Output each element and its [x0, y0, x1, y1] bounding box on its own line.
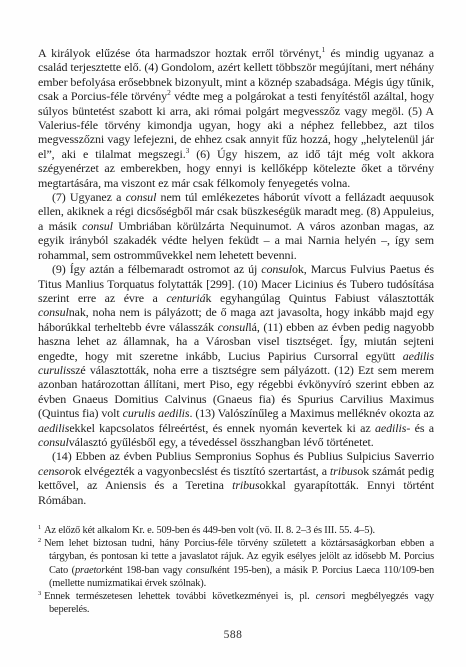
latin-term: centuriá: [166, 291, 205, 305]
text-run: ok elvégezték a vagyonbecslést és tisztí…: [69, 464, 330, 478]
footnote-marker: 2: [38, 537, 41, 544]
footnote: 1Az előző két alkalom Kr. e. 509-ben és …: [38, 524, 434, 537]
latin-term: censor: [316, 591, 343, 602]
paragraph: (7) Ugyanez a consul nem túl emlékezetes…: [38, 190, 434, 262]
footnote: 3Ennek természetesen lehettek további kö…: [38, 590, 434, 616]
footnote-text: Nem lehet biztosan tudni, hány Porcius-f…: [44, 538, 434, 589]
text-run: Ennek természetesen lehettek további köv…: [44, 591, 316, 602]
paragraph: (14) Ebben az évben Publius Sempronius S…: [38, 449, 434, 507]
latin-term: consul: [186, 565, 212, 576]
latin-term: consul: [38, 435, 69, 449]
footnote-marker: 3: [38, 590, 41, 597]
text-run: ekkel kapcsolatos félreértést, és ennek …: [69, 421, 375, 435]
text-run: (9) Így aztán a félbemaradt ostromot az …: [52, 262, 261, 276]
latin-term: tribus: [330, 464, 357, 478]
text-run: (7) Ugyanez a: [52, 190, 126, 204]
latin-term: aedilis: [375, 421, 406, 435]
latin-term: consul: [38, 305, 69, 319]
text-run: ként 198-ban vagy: [105, 565, 186, 576]
latin-term: praetor: [75, 565, 105, 576]
text-run: választó gyűlésből egy, a tévedéssel öss…: [69, 435, 374, 449]
text-run: Az előző két alkalom Kr. e. 509-ben és 4…: [44, 525, 375, 536]
text-run: A királyok elűzése óta harmadszor hoztak…: [38, 46, 322, 60]
paragraph: A királyok elűzése óta harmadszor hoztak…: [38, 46, 434, 190]
footnotes-section: 1Az előző két alkalom Kr. e. 509-ben és …: [38, 524, 434, 616]
footnote: 2Nem lehet biztosan tudni, hány Porcius-…: [38, 537, 434, 590]
latin-term: consul: [218, 320, 249, 334]
book-page: A királyok elűzése óta harmadszor hoztak…: [0, 0, 466, 667]
footnote-marker: 1: [38, 524, 41, 531]
latin-term: consul: [261, 262, 292, 276]
latin-term: consul: [82, 219, 113, 233]
text-run: k egyhangúlag Quintus Fabiust választott…: [206, 291, 434, 305]
latin-term: consul: [126, 190, 157, 204]
page-number: 588: [0, 629, 466, 641]
footnote-text: Ennek természetesen lehettek további köv…: [44, 591, 434, 615]
latin-term: curulis aedilis: [123, 406, 190, 420]
text-run: . (13) Valószínűleg a Maximus melléknév …: [189, 406, 434, 420]
body-text: A királyok elűzése óta harmadszor hoztak…: [38, 46, 434, 616]
text-run: - és a: [406, 421, 434, 435]
paragraph: (9) Így aztán a félbemaradt ostromot az …: [38, 262, 434, 449]
latin-term: aedilis: [38, 421, 69, 435]
footnote-text: Az előző két alkalom Kr. e. 509-ben és 4…: [44, 525, 375, 536]
text-run: (14) Ebben az évben Publius Sempronius S…: [52, 449, 434, 463]
latin-term: tribus: [232, 478, 259, 492]
latin-term: censor: [38, 464, 69, 478]
